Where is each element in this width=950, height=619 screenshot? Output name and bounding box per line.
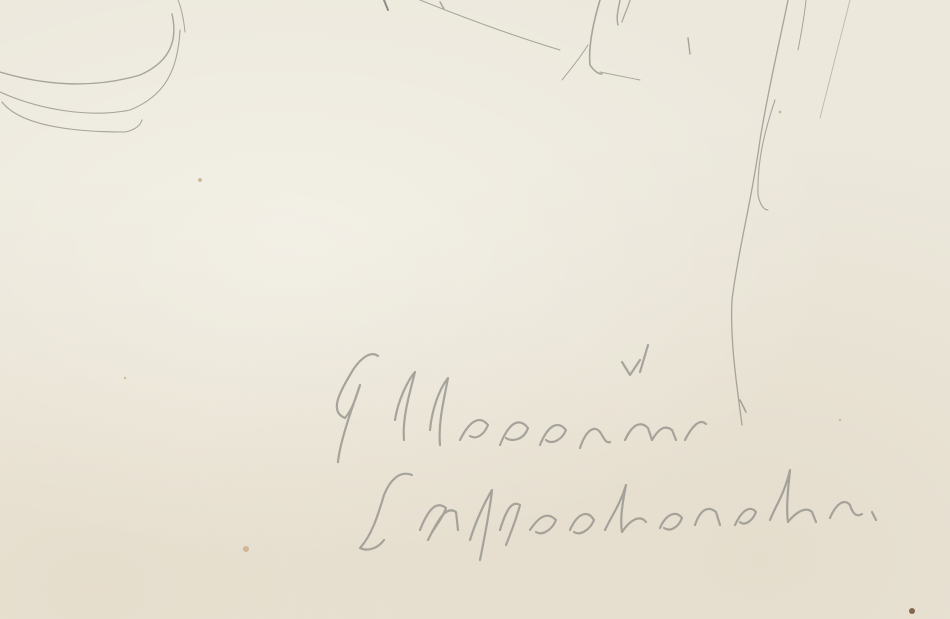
sketch-figure-leg-3 [617,0,620,25]
sketch-line-top-mid-1 [384,0,388,10]
sketch-curve-top-left-3 [2,102,142,132]
sketch-line-right-long [732,0,788,425]
sketch-curve-top-left-1 [0,14,174,84]
sketch-figure-leg-2 [562,45,588,80]
sketch-line-right-tick [798,0,806,50]
sketch-curve-top-left-4 [178,0,185,32]
pencil-sketch [0,0,950,619]
sketch-figure-leg-1 [590,0,602,74]
sketch-line-diagonal [420,0,560,50]
sketch-curve-top-left-2 [0,30,180,113]
sketch-line-right-inner [758,100,775,210]
sketch-line-ground [600,72,640,80]
paper-foxing [124,111,915,615]
sketch-mark-small [688,38,690,54]
sketch-line-right-bottom [740,400,746,412]
inscription-strokes [337,345,876,560]
sketch-figure-leg-4 [622,0,630,22]
sketch-line-right-far [820,0,850,118]
paper-sheet: Caffeeürn Innsbruck [0,0,950,619]
